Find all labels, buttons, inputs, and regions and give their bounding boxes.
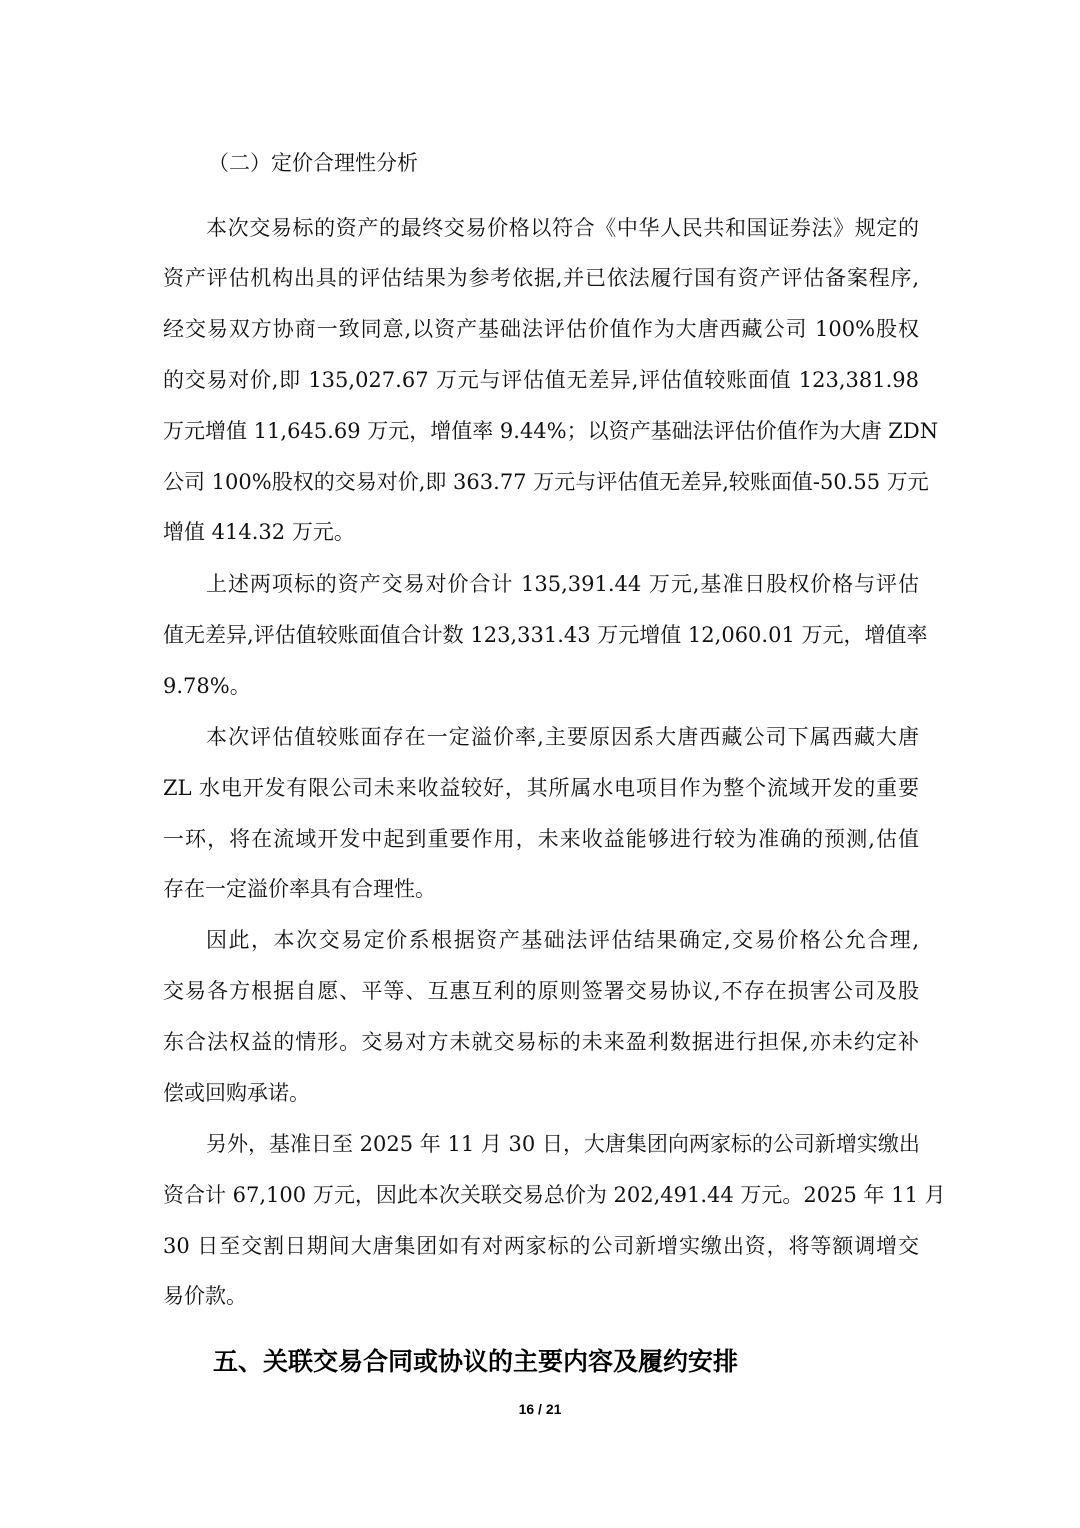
paragraph-line: 易价款。 (163, 1282, 919, 1310)
paragraph-line: 本次交易标的资产的最终交易价格以符合《中华人民共和国证券法》规定的 (206, 214, 919, 242)
paragraph-line: 偿或回购承诺。 (163, 1079, 919, 1107)
paragraph-line: 本次评估值较账面存在一定溢价率,主要原因系大唐西藏公司下属西藏大唐 (206, 723, 919, 751)
paragraph-line: ZL 水电开发有限公司未来收益较好，其所属水电项目作为整个流域开发的重要 (163, 774, 919, 802)
paragraph-line: 万元增值 11,645.69 万元，增值率 9.44%；以资产基础法评估价值作为… (163, 417, 919, 445)
subsection-heading: （二）定价合理性分析 (208, 149, 418, 177)
section-heading: 五、关联交易合同或协议的主要内容及履约安排 (213, 1346, 738, 1378)
paragraph-line: 资产评估机构出具的评估结果为参考依据,并已依法履行国有资产评估备案程序, (163, 264, 919, 292)
paragraph-line: 东合法权益的情形。交易对方未就交易标的未来盈利数据进行担保,亦未约定补 (163, 1028, 919, 1056)
paragraph-line: 公司 100%股权的交易对价,即 363.77 万元与评估值无差异,较账面值-5… (163, 468, 919, 496)
paragraph-line: 另外，基准日至 2025 年 11 月 30 日，大唐集团向两家标的公司新增实缴… (206, 1130, 919, 1158)
paragraph-line: 交易各方根据自愿、平等、互惠互利的原则签署交易协议,不存在损害公司及股 (163, 977, 919, 1005)
paragraph-line: 30 日至交割日期间大唐集团如有对两家标的公司新增实缴出资，将等额调增交 (163, 1232, 919, 1260)
paragraph-line: 经交易双方协商一致同意,以资产基础法评估价值作为大唐西藏公司 100%股权 (163, 315, 919, 343)
paragraph-line: 增值 414.32 万元。 (163, 518, 919, 546)
paragraph-line: 一环，将在流域开发中起到重要作用，未来收益能够进行较为准确的预测,估值 (163, 825, 919, 853)
paragraph-line: 因此，本次交易定价系根据资产基础法评估结果确定,交易价格公允合理, (206, 926, 919, 954)
paragraph-line: 的交易对价,即 135,027.67 万元与评估值无差异,评估值较账面值 123… (163, 366, 919, 394)
paragraph-line: 资合计 67,100 万元，因此本次关联交易总价为 202,491.44 万元。… (163, 1181, 919, 1209)
page-number: 16 / 21 (0, 1401, 1080, 1417)
paragraph-line: 值无差异,评估值较账面值合计数 123,331.43 万元增值 12,060.0… (163, 621, 919, 649)
paragraph-line: 存在一定溢价率具有合理性。 (163, 875, 919, 903)
paragraph-line: 9.78%。 (163, 672, 919, 700)
paragraph-line: 上述两项标的资产交易对价合计 135,391.44 万元,基准日股权价格与评估 (206, 570, 919, 598)
